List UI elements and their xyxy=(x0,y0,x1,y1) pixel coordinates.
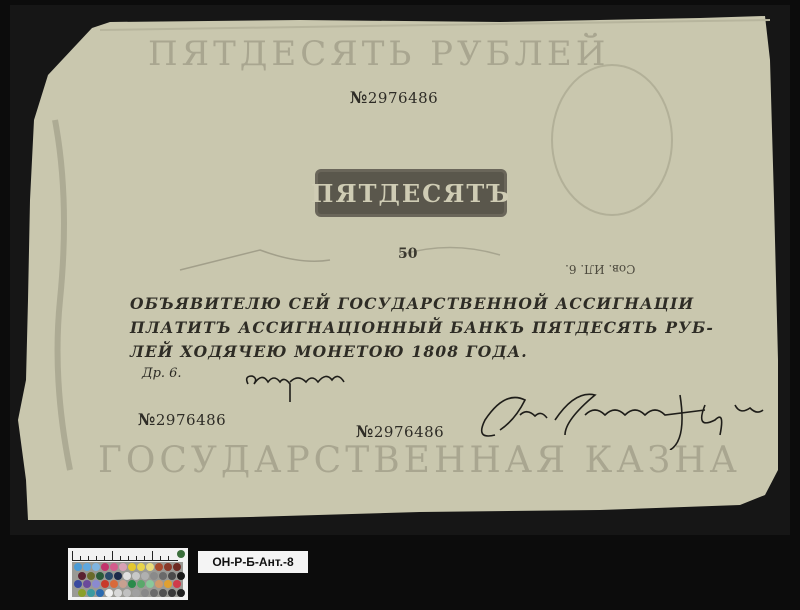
color-swatch xyxy=(74,580,82,588)
color-swatch xyxy=(123,589,131,597)
color-swatch xyxy=(78,572,86,580)
scale-ruler xyxy=(72,551,178,561)
color-swatch xyxy=(177,572,185,580)
serial-value: 2976486 xyxy=(374,423,444,441)
color-swatch xyxy=(119,563,127,571)
color-swatch xyxy=(146,563,154,571)
color-swatch xyxy=(110,563,118,571)
color-swatch xyxy=(105,589,113,597)
color-swatch xyxy=(78,589,86,597)
color-swatch xyxy=(96,589,104,597)
denomination-numeral: 50 xyxy=(398,246,417,262)
denomination-word: ПЯТДЕСЯТЪ xyxy=(311,179,511,208)
body-text-line-2: ПЛАТИТЪ АССИГНАЦІОННЫЙ БАНКЪ ПЯТДЕСЯТЬ Р… xyxy=(130,318,714,337)
serial-value: 2976486 xyxy=(156,411,226,429)
number-sign-glyph: № xyxy=(350,88,368,107)
color-swatch xyxy=(159,572,167,580)
color-swatch xyxy=(92,580,100,588)
color-swatch xyxy=(132,589,140,597)
color-swatch xyxy=(87,589,95,597)
series-mark: Др. 6. xyxy=(142,366,182,381)
body-text-line-3: ЛЕЙ ХОДЯЧЕЮ МОНЕТОЮ 1808 ГОДА. xyxy=(130,342,528,361)
color-swatch xyxy=(168,572,176,580)
color-swatch xyxy=(105,572,113,580)
signature-right xyxy=(465,380,765,450)
color-swatch xyxy=(101,563,109,571)
color-swatch xyxy=(123,572,131,580)
color-swatch xyxy=(128,563,136,571)
color-swatch xyxy=(132,572,140,580)
serial-number-bottom-center: №2976486 xyxy=(356,422,444,441)
color-swatch xyxy=(159,589,167,597)
color-swatch xyxy=(87,572,95,580)
color-swatch xyxy=(119,580,127,588)
catalog-label: ОН-Р-Б-Ант.-8 xyxy=(198,551,308,573)
color-calibration-chart xyxy=(68,548,188,600)
color-swatch xyxy=(128,580,136,588)
color-swatch xyxy=(83,563,91,571)
number-sign-glyph: № xyxy=(356,422,374,441)
watermark-top-text: ПЯТДЕСЯТЬ РУБЛЕЙ xyxy=(148,34,609,74)
color-swatch xyxy=(137,563,145,571)
color-swatch xyxy=(168,589,176,597)
number-sign-glyph: № xyxy=(138,410,156,429)
color-swatch xyxy=(155,580,163,588)
color-swatch xyxy=(114,589,122,597)
color-swatch xyxy=(164,563,172,571)
color-swatch xyxy=(114,572,122,580)
color-swatch xyxy=(177,589,185,597)
denomination-cartouche: ПЯТДЕСЯТЪ xyxy=(318,172,504,214)
color-swatch xyxy=(150,589,158,597)
color-swatch xyxy=(150,572,158,580)
color-swatch xyxy=(146,580,154,588)
color-swatch xyxy=(137,580,145,588)
color-swatch xyxy=(164,580,172,588)
body-text-line-1: ОБЪЯВИТЕЛЮ СЕЙ ГОСУДАРСТВЕННОЙ АССИГНАЦІ… xyxy=(130,294,694,313)
color-swatch xyxy=(155,563,163,571)
color-swatch xyxy=(83,580,91,588)
signature-left xyxy=(240,362,355,412)
color-swatch xyxy=(141,572,149,580)
logo-icon xyxy=(177,550,185,558)
serial-number-top: №2976486 xyxy=(350,88,438,107)
serial-value: 2976486 xyxy=(368,89,438,107)
color-swatch-grid xyxy=(72,562,183,597)
color-swatch xyxy=(101,580,109,588)
serial-number-bottom-left: №2976486 xyxy=(138,410,226,429)
color-swatch xyxy=(173,563,181,571)
color-swatch xyxy=(141,589,149,597)
color-swatch xyxy=(173,580,181,588)
color-swatch xyxy=(74,563,82,571)
color-swatch xyxy=(92,563,100,571)
color-swatch xyxy=(96,572,104,580)
color-swatch xyxy=(110,580,118,588)
upside-down-note: Сов. ИЛ. 6. xyxy=(565,262,635,276)
